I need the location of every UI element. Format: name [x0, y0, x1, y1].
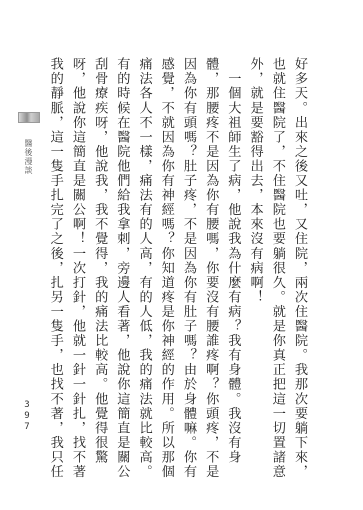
text-column: 有的時候在醫院他們給我拿刺，旁邊人看著，他說你這簡直是關公 [110, 57, 132, 469]
page-number: 397 [22, 400, 32, 433]
text-column: 因為你有頭嗎？肚子疼，不是因為你有肚子嗎？由於身體嘛。你有 [177, 57, 199, 469]
text-column: 呀，他說你這簡直是關公啊！一次打針，他就一針一針扎，找不著 [66, 57, 88, 469]
text-column: 一個大祖師生了病，他說我為什麼有病？我有身體。我沒有身 [221, 57, 243, 469]
text-column: 痛法各人不一樣，痛法有的人高，有的人低，我的痛法就比較高。 [132, 57, 154, 469]
text-column: 好多天。出來之後又吐，又住院，兩次住醫院。我那次要躺下來， [288, 57, 310, 469]
book-page: 醫後漫談 397 好多天。出來之後又吐，又住院，兩次住醫院。我那次要躺下來， 也… [0, 0, 363, 510]
text-column: 外，就是要豁得出去，本來沒有病啊！ [243, 57, 265, 469]
running-title: 醫後漫談 [23, 139, 33, 175]
text-column: 我的靜脈，這一隻手扎完了之後，扎另一隻手，也找不著，我只任 [44, 57, 66, 469]
body-text: 好多天。出來之後又吐，又住院，兩次住醫院。我那次要躺下來， 也就住醫院了，不住醫… [44, 57, 310, 469]
text-column: 感覺，不就因為你有神經嗎？你知道疼是你神經的作用。所以那個 [155, 57, 177, 469]
publisher-logo-icon [18, 112, 40, 123]
text-column: 體，那腰疼不是因為你有腰嗎，你要沒有腰誰疼啊？你頭疼，不是 [199, 57, 221, 469]
page-margin: 醫後漫談 [18, 112, 40, 175]
text-column: 也就住醫院了，不住醫院也要躺很久。就是你真正把這一切置諸意 [266, 57, 288, 469]
text-column: 刮骨療疾呀，他說我，我不覺得，我的痛法比較高。他覺得很驚 [88, 57, 110, 469]
